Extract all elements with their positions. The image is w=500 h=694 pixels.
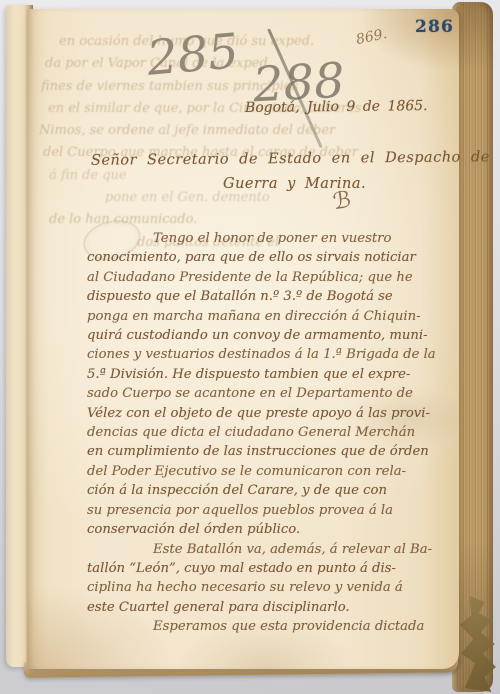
- manuscript-line: Este Batallón va, además, á relevar al B…: [153, 540, 463, 559]
- manuscript-line: tallón “León”, cuyo mal estado en punto …: [87, 559, 463, 578]
- bleedthrough-line: fines de viernes tambien sus principios: [41, 76, 455, 98]
- manuscript-line: dispuesto que el Batallón n.º 3.º de Bog…: [87, 287, 463, 306]
- secretary-rubric: ℬ: [331, 187, 353, 215]
- manuscript-line: Esperamos que esta providencia dictada: [153, 617, 463, 636]
- manuscript-line: ciones y vestuarios destinados á la 1.ª …: [87, 345, 463, 364]
- manuscript-line: conocimiento, para que de ello os sirvai…: [87, 248, 463, 267]
- ink-bleedthrough-text: en ocasión del humo que dió su exped.da …: [39, 31, 455, 254]
- manuscript-line: en cumplimiento de las instrucciones que…: [87, 442, 463, 461]
- bleedthrough-line: da por el Vapor Canal de la exped.: [45, 53, 455, 75]
- manuscript-line: al Ciudadano Presidente de la República;…: [87, 268, 463, 287]
- manuscript-line: su presencia por aquellos pueblos provea…: [87, 501, 463, 520]
- manuscript-line: este Cuartel general para disciplinarlo.: [87, 598, 463, 617]
- manuscript-line: sado Cuerpo se acantone en el Departamen…: [87, 384, 463, 403]
- manuscript-line: dencias que dicta el ciudadano General M…: [87, 423, 463, 442]
- dateline: Bogotá, Julio 9 de 1865.: [245, 98, 428, 116]
- manuscript-line: Tengo el honor de poner en vuestro: [153, 229, 463, 248]
- letter-body: Tengo el honor de poner en vuestroconoci…: [87, 229, 463, 637]
- manuscript-line: ciplina ha hecho necesario su relevo y v…: [87, 578, 463, 597]
- manuscript-line: ción á la inspección del Carare, y de qu…: [87, 481, 463, 500]
- manuscript-page: 286 285 288 869. en ocasión del humo que…: [27, 9, 459, 669]
- photo-backdrop: 286 285 288 869. en ocasión del humo que…: [0, 0, 500, 694]
- manuscript-line: 5.ª División. He dispuesto tambien que e…: [87, 365, 463, 384]
- manuscript-line: Vélez con el objeto de que preste apoyo …: [87, 404, 463, 423]
- manuscript-line: del Poder Ejecutivo se le comunicaron co…: [87, 462, 463, 481]
- manuscript-line: quirá custodiando un convoy de armamento…: [87, 326, 463, 345]
- manuscript-line: conservación del órden público.: [87, 520, 463, 539]
- bleedthrough-line: en ocasión del humo que dió su exped.: [59, 31, 455, 53]
- bleedthrough-line: Nimos, se ordene al jefe inmediato del d…: [39, 120, 455, 142]
- manuscript-line: ponga en marcha mañana en dirección á Ch…: [87, 307, 463, 326]
